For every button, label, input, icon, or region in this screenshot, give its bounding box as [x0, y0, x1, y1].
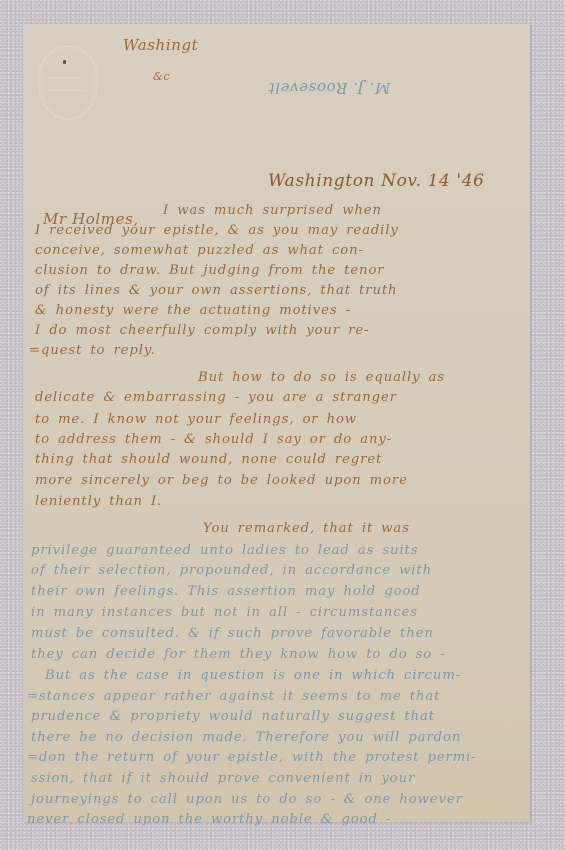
letter-line: But how to do so is equally as: [23, 370, 565, 385]
letter-line: must be consulted. & if such prove favor…: [23, 626, 538, 641]
letter-line: in many instances but not in all - circu…: [23, 605, 538, 620]
letter-line: =quest to reply.: [23, 343, 536, 358]
letter-line: ssion, that if it should prove convenien…: [23, 771, 538, 786]
letter-line: to me. I know not your feelings, or how: [23, 412, 542, 427]
letter-line: they can decide for them they know how t…: [23, 647, 538, 662]
letter-line: of its lines & your own assertions, that…: [23, 283, 542, 298]
ink-blot: [63, 60, 66, 64]
letter-line: But as the case in question is one in wh…: [23, 668, 552, 683]
letter-line: =don the return of your epistle, with th…: [23, 750, 534, 765]
letter-line: more sincerely or beg to be looked upon …: [23, 473, 542, 488]
letter-line: =stances appear rather against it seems …: [23, 689, 534, 704]
letter-line: delicate & embarrassing - you are a stra…: [23, 390, 542, 405]
upside-down-annotation: M. J. Roosevelt: [268, 79, 390, 97]
letter-line: leniently than I.: [23, 494, 542, 509]
letter-line: I do most cheerfully comply with your re…: [23, 323, 542, 338]
letter-line: journeyings to call upon us to do so - &…: [23, 792, 538, 807]
docket-note-line-2: &c: [153, 70, 170, 83]
letter-line: never closed upon the worthy noble & goo…: [23, 812, 534, 827]
letter-line: privilege guaranteed unto ladies to lead…: [23, 543, 538, 558]
letter-line: You remarked, that it was: [23, 521, 565, 536]
letter-line: of their selection, propounded, in accor…: [23, 563, 538, 578]
letter-line: there be no decision made. Therefore you…: [23, 730, 538, 745]
letter-line: thing that should wound, none could regr…: [23, 452, 542, 467]
letter-line: their own feelings. This assertion may h…: [23, 584, 538, 599]
embossed-stationery-seal: [38, 46, 98, 120]
letter-line: conceive, somewhat puzzled as what con-: [23, 243, 542, 258]
letter-line: I received your epistle, & as you may re…: [23, 223, 542, 238]
letter-line: prudence & propriety would naturally sug…: [23, 709, 538, 724]
letter-line: I was much surprised when: [23, 203, 565, 218]
dateline: Washington Nov. 14 '46: [268, 171, 485, 191]
letter-line: to address them - & should I say or do a…: [23, 432, 542, 447]
letter-line: clusion to draw. But judging from the te…: [23, 263, 542, 278]
docket-note-line-1: Washingt: [123, 36, 198, 54]
letter-line: & honesty were the actuating motives -: [23, 303, 542, 318]
letter-page: Washingt &c M. J. Roosevelt Washington N…: [23, 24, 530, 822]
